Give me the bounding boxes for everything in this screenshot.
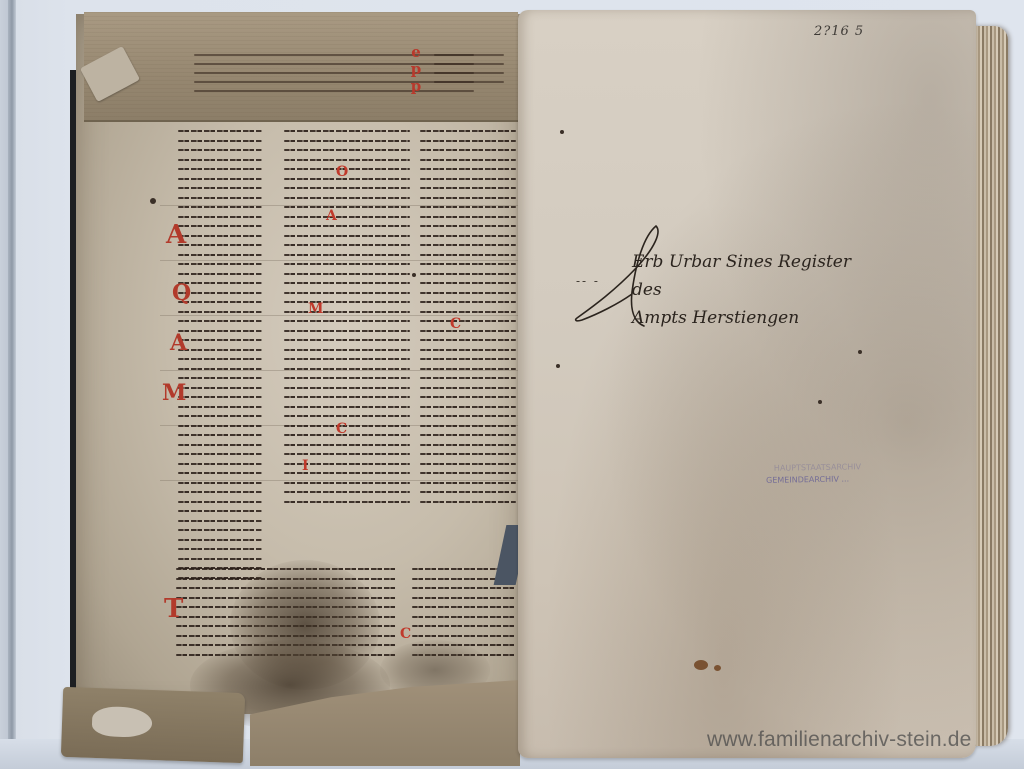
page-speck <box>556 364 560 368</box>
red-initial-q: Q <box>172 282 191 304</box>
ink-spot <box>150 198 156 204</box>
archive-stamp: HAUPTSTAATSARCHIV GEMEINDEARCHIV ... <box>766 461 870 487</box>
manuscript-column-1 <box>178 130 262 586</box>
red-initial-m: M <box>162 382 186 404</box>
stamp-line-2: GEMEINDEARCHIV ... <box>766 473 870 487</box>
manuscript-column-2 <box>284 130 410 510</box>
title-line-1: Erb Urbar Sines Register des <box>580 248 880 304</box>
strip-text-lines <box>194 47 474 97</box>
red-initial-a: A <box>326 208 337 224</box>
page-speck <box>560 130 564 134</box>
title-page: 2?16 5 -- - Erb Urbar Sines Register des… <box>518 10 976 758</box>
red-initial-t: T <box>164 598 183 620</box>
red-paragraph-mark: C <box>450 316 461 332</box>
shelf-mark: 2?16 5 <box>814 24 864 39</box>
red-paragraph-mark: C <box>336 421 347 437</box>
ink-spot <box>412 273 416 277</box>
red-initial-o: O <box>336 164 348 180</box>
foxing-spot <box>694 660 708 670</box>
torn-parchment-fragment <box>61 687 245 763</box>
title-line-2: Ampts Herstiengen <box>580 304 880 332</box>
red-initial-a: A <box>166 224 186 246</box>
website-watermark: www.familienarchiv-stein.de <box>707 728 972 752</box>
page-speck <box>818 400 822 404</box>
display-case-edge <box>8 0 16 769</box>
book-right-side: 2?16 5 -- - Erb Urbar Sines Register des… <box>518 10 1008 762</box>
page-speck <box>858 350 862 354</box>
foxing-spot <box>714 665 721 671</box>
handwritten-title: Erb Urbar Sines Register des Ampts Herst… <box>580 248 880 332</box>
manuscript-column-3 <box>420 130 516 510</box>
red-initial-m: M <box>308 301 324 317</box>
red-initial-i: I <box>302 458 309 474</box>
photo-scene: e p p A <box>0 0 1024 769</box>
red-initial-a: A <box>170 332 187 354</box>
strip-text-lines-right <box>434 47 504 97</box>
red-sigla: e p p <box>406 44 426 98</box>
stamp-line-1: HAUPTSTAATSARCHIV <box>766 461 870 475</box>
manuscript-top-strip <box>84 12 518 122</box>
red-paragraph-mark: C <box>400 626 411 642</box>
